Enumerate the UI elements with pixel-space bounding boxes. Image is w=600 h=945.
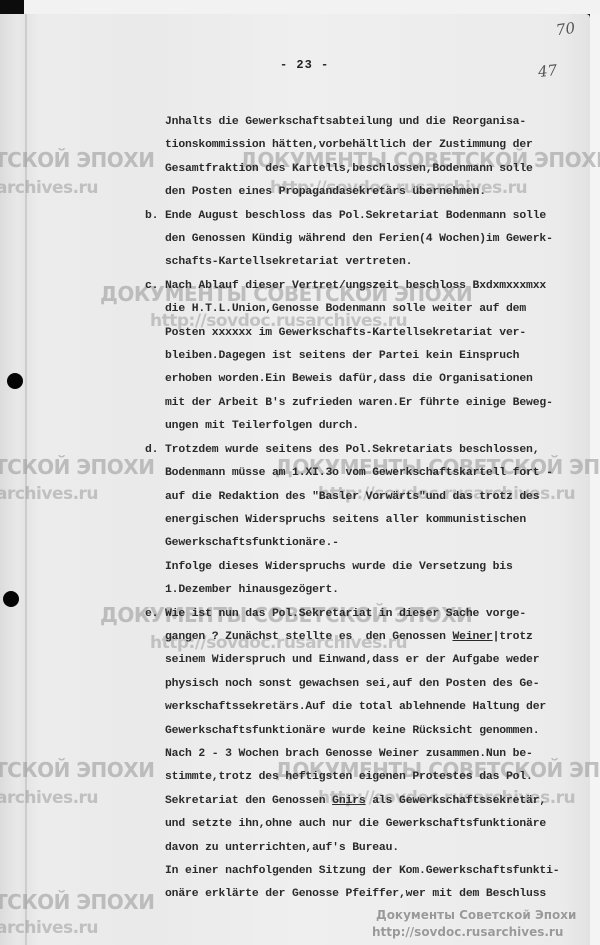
list-item-d: d.Trotzdem wurde seitens des Pol.Sekreta… <box>145 439 595 603</box>
text-line: mit der Arbeit B's zufrieden waren.Er fü… <box>165 392 595 415</box>
text-line: Wie ist nun das Pol.Sekretariat in diese… <box>165 603 595 626</box>
watermark-left-url: archives.ru <box>0 178 98 198</box>
watermark-left-url: archives.ru <box>0 788 98 808</box>
list-item-marker: e. <box>145 603 158 626</box>
text-line: tionskommission hätten,vorbehältlich der… <box>165 134 595 157</box>
list-item-marker: c. <box>145 275 158 298</box>
text-line: Bodenmann müsse am 1.XI.3o vom Gewerksch… <box>165 462 595 485</box>
text-line: den Genossen Kündig während den Ferien(4… <box>165 228 595 251</box>
text-line: physisch noch sonst gewachsen sei,auf de… <box>165 673 595 696</box>
list-item-c: c.Nach Ablauf dieser Vertret/ungszeit be… <box>145 275 595 439</box>
text-line: Nach 2 - 3 Wochen brach Genosse Weiner z… <box>165 743 595 766</box>
text-line: energischen Widerspruchs seitens aller k… <box>165 509 595 532</box>
punch-hole-icon <box>7 373 23 389</box>
watermark-left-url: archives.ru <box>0 918 98 938</box>
text-line: Gewerkschaftsfunktionäre wurde keine Rüc… <box>165 720 595 743</box>
text-line: 1.Dezember hinausgezögert. <box>165 579 595 602</box>
watermark-left: ТСКОЙ ЭПОХИ <box>0 758 154 782</box>
watermark-left: ТСКОЙ ЭПОХИ <box>0 148 154 172</box>
text-line: In einer nachfolgenden Sitzung der Kom.G… <box>165 860 595 883</box>
text-line: onäre erklärte der Genosse Pfeiffer,wer … <box>165 883 595 906</box>
text-line: stimmte,trotz des heftigsten eigenen Pro… <box>165 766 595 789</box>
text-line: Jnhalts die Gewerkschaftsabteilung und d… <box>165 111 595 134</box>
text-line: Nach Ablauf dieser Vertret/ungszeit besc… <box>165 275 595 298</box>
punch-hole-icon <box>3 591 19 607</box>
text-line: Gesamtfraktion des Kartells,beschlossen,… <box>165 158 595 181</box>
text-line: Infolge dieses Widerspruchs wurde die Ve… <box>165 556 595 579</box>
watermark-left: ТСКОЙ ЭПОХИ <box>0 455 154 479</box>
folio-number-handwritten: 47 <box>537 61 558 81</box>
text-line: werkschaftssekretärs.Auf die total ableh… <box>165 696 595 719</box>
text-line: seinem Widerspruch und Einwand,dass er d… <box>165 649 595 672</box>
underlined-name: Gnirs <box>332 795 365 807</box>
list-item-e: e.Wie ist nun das Pol.Sekretariat in die… <box>145 603 595 907</box>
scan-top-margin <box>0 0 600 14</box>
text-line: Trotzdem wurde seitens des Pol.Sekretari… <box>165 439 595 462</box>
text-line: Posten xxxxxx im Gewerkschafts-Kartellse… <box>165 322 595 345</box>
text-line: Ende August beschloss das Pol.Sekretaria… <box>165 205 595 228</box>
list-item-marker: b. <box>145 205 158 228</box>
list-item-marker: d. <box>145 439 158 462</box>
footer-watermark-title: Документы Советской Эпохи <box>376 908 576 922</box>
underlined-name: Weiner <box>452 631 492 643</box>
text-line: die H.T.L.Union,Genosse Bodenmann solle … <box>165 298 595 321</box>
text-line: und setzte ihn,ohne auch nur die Gewerks… <box>165 813 595 836</box>
paragraph: Jnhalts die Gewerkschaftsabteilung und d… <box>145 111 595 205</box>
text-line: ungen mit Teilerfolgen durch. <box>165 415 595 438</box>
footer-watermark-url: http://sovdoc.rusarchives.ru <box>372 925 563 939</box>
text-line: schafts-Kartellsekretariat vertreten. <box>165 251 595 274</box>
text-line: den Posten eines Propagandasekretärs übe… <box>165 181 595 204</box>
scan-corner <box>0 0 24 14</box>
folio-number-handwritten: 70 <box>555 19 576 39</box>
text-line: gangen ? Zunächst stellte es den Genosse… <box>165 626 595 649</box>
text-line: Gewerkschaftsfunktionäre.- <box>165 532 595 555</box>
document-body: Jnhalts die Gewerkschaftsabteilung und d… <box>145 111 595 907</box>
text-line: erhoben worden.Ein Beweis dafür,dass die… <box>165 368 595 391</box>
watermark-left-url: archives.ru <box>0 484 98 504</box>
page-number: - 23 - <box>280 58 329 72</box>
text-line: bleiben.Dagegen ist seitens der Partei k… <box>165 345 595 368</box>
list-item-b: b.Ende August beschloss das Pol.Sekretar… <box>145 205 595 275</box>
text-line: davon zu unterrichten,auf's Bureau. <box>165 837 595 860</box>
watermark-left: ТСКОЙ ЭПОХИ <box>0 890 154 914</box>
text-line: Sekretariat den Genossen Gnirs als Gewer… <box>165 790 595 813</box>
text-line: auf die Redaktion des "Basler Vorwärts"u… <box>165 486 595 509</box>
